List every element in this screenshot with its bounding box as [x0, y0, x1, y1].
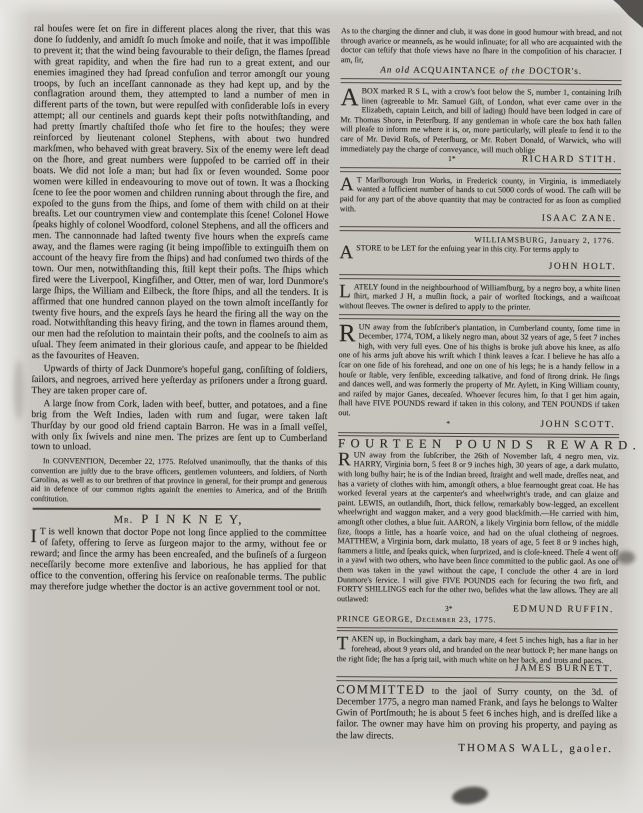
smudge-left-edge [14, 360, 24, 420]
signature-end: DOCTOR's. [529, 66, 582, 76]
ad-signature: THOMAS WALL, gaoler. [458, 743, 613, 755]
ad-signature: JOHN HOLT. [549, 263, 617, 273]
ad-signature: JAMES BURNETT. [515, 665, 614, 675]
right-column: As to the charging the dinner and club, … [336, 26, 622, 755]
ad-dateline: PRINCE GEORGE, December 23, 1775. [337, 614, 618, 626]
section-rule [33, 508, 321, 510]
ad-dropcap: A [340, 86, 361, 108]
signature-mid: of the [499, 66, 529, 76]
pinkney-heading-prefix: Mr. [114, 515, 134, 526]
newspaper-page: ral houſes were ſet on fire in different… [29, 24, 622, 755]
pinkney-heading-name: P I N K N E Y, [141, 512, 243, 527]
ad-dropcap: L [339, 282, 354, 300]
ad-lately-found: LATELY found in the neighbourhood of Wil… [339, 282, 620, 313]
footnote-mark: 1* [448, 154, 456, 164]
ad-signature: ISAAC ZANE. [542, 215, 617, 225]
ad-dropcap: R [338, 450, 354, 468]
ad-separator-rule [337, 627, 618, 633]
ad-signature: EDMUND RUFFIN. [513, 606, 614, 616]
ad-lost-box: ABOX marked R S L, with a crow's foot be… [340, 86, 622, 166]
left-column: ral houſes were ſet on fire in different… [29, 24, 330, 753]
news-article-continuation: ral houſes were ſet on fire in different… [32, 24, 330, 364]
ad-taken-up-mare: TAKEN up, in Buckingham, a dark bay mare… [336, 635, 617, 675]
ad-separator-rule [340, 167, 621, 173]
signature-prefix: An old [380, 65, 413, 75]
signature-caps: ACQUAINTANCE [413, 65, 499, 76]
ad-separator-rule [341, 79, 622, 85]
pinkney-letter-body: IT is well known that doctor Pope not lo… [30, 527, 326, 595]
ad-store-to-let: WILLIAMSBURG, January 2, 1776. ASTORE to… [339, 234, 620, 273]
ad-fourteen-pounds-reward: FOURTEEN POUNDS REWARD. RUN away from th… [337, 439, 619, 625]
prisoners-paragraph: Upwards of thirty of Jack Dunmore's hope… [31, 364, 327, 399]
reward-headline: FOURTEEN POUNDS REWARD. [338, 439, 619, 451]
footnote-mark: 3* [445, 604, 453, 614]
ad-separator-rule [340, 226, 621, 232]
ad-dropcap: A [340, 175, 357, 193]
ad-dropcap: A [339, 243, 356, 261]
prizes-paragraph: A large ſnow from Cork, laden with beef,… [31, 399, 327, 456]
ad-committed-jail: COMMITTED to the jaol of Surry county, o… [336, 684, 617, 755]
doctor-letter-end: As to the charging the dinner and club, … [341, 26, 622, 66]
ad-signature: JOHN SCOTT. [540, 420, 615, 430]
convention-resolution: In CONVENTION, December 22, 1775. Reſolv… [31, 456, 327, 505]
ad-separator-rule [339, 275, 620, 281]
doctor-letter-signature: An old ACQUAINTANCE of the DOCTOR's. [341, 66, 622, 78]
ad-iron-works: AT Marlborough Iron Works, in Frederick … [340, 175, 621, 225]
footnote-mark: * [446, 418, 450, 428]
ad-dropcap: T [337, 635, 352, 653]
ad-separator-rule [339, 314, 620, 320]
ad-lead-word: COMMITTED [336, 682, 425, 697]
smudge-right-edge [617, 551, 635, 564]
ad-runaway-tom: RUN away from the ſubſcriber's plantatio… [338, 322, 620, 430]
ad-signature: RICHARD STITH. [522, 156, 617, 166]
ad-dropcap: R [339, 322, 359, 344]
